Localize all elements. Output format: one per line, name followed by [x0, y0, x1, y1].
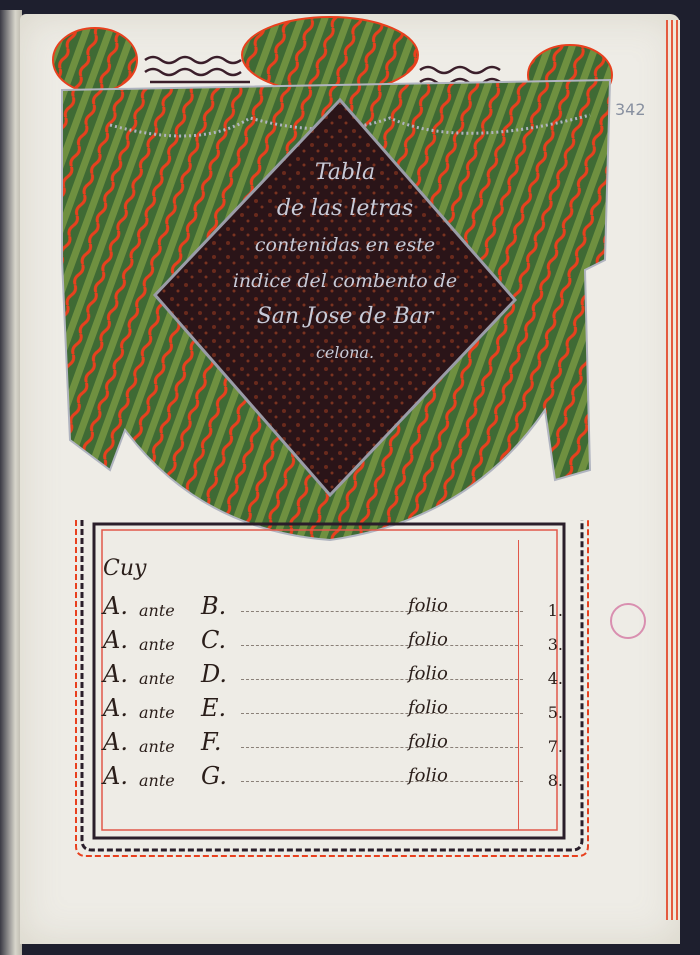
- library-stamp-icon: [610, 603, 646, 639]
- row-page: 4.: [523, 669, 563, 688]
- row-letter: A.: [103, 728, 139, 756]
- index-table: Cuy A. ante B. folio 1. A. ante C. folio…: [103, 556, 563, 790]
- index-row: A. ante B. folio 1.: [103, 586, 563, 620]
- title-line: indice del combento de: [195, 263, 495, 299]
- leader-dots: [241, 781, 523, 782]
- index-row: A. ante G. folio 8.: [103, 756, 563, 790]
- folio-number: 342: [615, 100, 646, 119]
- index-row: A. ante C. folio 3.: [103, 620, 563, 654]
- row-folio-label: folio: [408, 629, 448, 650]
- index-row: A. ante F. folio 7.: [103, 722, 563, 756]
- row-page: 7.: [523, 737, 563, 756]
- row-ante: ante: [139, 635, 201, 654]
- row-letter: A.: [103, 694, 139, 722]
- row-target: B.: [201, 592, 241, 620]
- index-row: A. ante D. folio 4.: [103, 654, 563, 688]
- row-target: C.: [201, 626, 241, 654]
- row-target: G.: [201, 762, 241, 790]
- row-ante: ante: [139, 703, 201, 722]
- row-ante: ante: [139, 601, 201, 620]
- row-letter: A.: [103, 660, 139, 688]
- row-target: D.: [201, 660, 241, 688]
- title-line: contenidas en este: [195, 227, 495, 263]
- wave-ornament-left: [145, 57, 250, 82]
- title-line: Tabla: [195, 155, 495, 191]
- index-heading: Cuy: [103, 556, 563, 586]
- row-folio-label: folio: [408, 697, 448, 718]
- row-folio-label: folio: [408, 765, 448, 786]
- row-ante: ante: [139, 669, 201, 688]
- row-ante: ante: [139, 771, 201, 790]
- row-letter: A.: [103, 592, 139, 620]
- row-folio-label: folio: [408, 595, 448, 616]
- index-row: A. ante E. folio 5.: [103, 688, 563, 722]
- title-line: celona.: [195, 335, 495, 371]
- drape-knot-left: [53, 28, 137, 92]
- row-page: 5.: [523, 703, 563, 722]
- leader-dots: [241, 747, 523, 748]
- leader-dots: [241, 713, 523, 714]
- row-page: 8.: [523, 771, 563, 790]
- row-letter: A.: [103, 626, 139, 654]
- row-folio-label: folio: [408, 731, 448, 752]
- title-line: de las letras: [195, 191, 495, 227]
- row-ante: ante: [139, 737, 201, 756]
- row-folio-label: folio: [408, 663, 448, 684]
- leader-dots: [241, 679, 523, 680]
- row-page: 1.: [523, 601, 563, 620]
- title-inscription: Tabla de las letras contenidas en este i…: [195, 155, 495, 371]
- drape-knot-center: [242, 17, 418, 93]
- leader-dots: [241, 611, 523, 612]
- row-target: E.: [201, 694, 241, 722]
- title-line: San Jose de Bar: [195, 299, 495, 335]
- row-page: 3.: [523, 635, 563, 654]
- row-target: F.: [201, 728, 241, 756]
- row-letter: A.: [103, 762, 139, 790]
- leader-dots: [241, 645, 523, 646]
